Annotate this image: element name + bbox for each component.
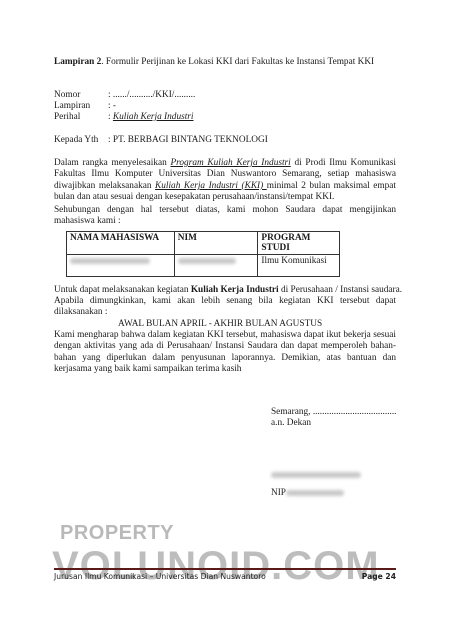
meta-label: Nomor [54,90,108,101]
text: Dalam rangka menyelesaikan [54,158,170,168]
meta-value: : - [108,101,116,111]
meta-lampiran: Lampiran: - [54,101,116,112]
blurred-nim [178,258,236,264]
bold-text: Kuliah Kerja Industri [191,285,279,295]
heading-bold: Lampiran 2 [54,57,101,67]
signature-on-behalf: a.n. Dekan [271,418,311,429]
header-nim: NIM [174,232,258,255]
meta-nomor: Nomor: ....../........../KKI/......... [54,90,195,101]
attachment-heading: Lampiran 2. Formulir Perijinan ke Lokasi… [54,57,374,68]
header-program: PROGRAM STUDI [258,232,340,255]
signature-place-date: Semarang, ..............................… [271,407,397,418]
recipient-value: : PT. BERBAGI BINTANG TEKNOLOGI [108,135,268,145]
paragraph-activity: Untuk dapat melaksanakan kegiatan Kuliah… [54,285,402,296]
document-page: Lampiran 2. Formulir Perijinan ke Lokasi… [0,0,450,636]
recipient-label: Kepada Yth [54,135,108,146]
meta-label: Lampiran [54,101,108,112]
meta-value: Kuliah Kerja Industri [113,112,194,122]
watermark-property: PROPERTY [60,522,174,545]
paragraph-schedule: Apabila dimungkinkan, kami akan lebih se… [54,296,396,319]
recipient: Kepada Yth: PT. BERBAGI BINTANG TEKNOLOG… [54,135,268,146]
meta-perihal: Perihal: Kuliah Kerja Industri [54,112,194,123]
cell-nim [174,255,258,277]
footer-left: Jurusan Ilmu Komunikasi – Universitas Di… [54,572,266,581]
nip-label: NIP [271,488,286,498]
student-table: NAMA MAHASISWA NIM PROGRAM STUDI Ilmu Ko… [66,231,340,277]
header-name: NAMA MAHASISWA [67,232,175,255]
table-row: Ilmu Komunikasi [67,255,340,277]
blurred-nip [286,490,344,496]
emphasis: Program Kuliah Kerja Industri [170,158,290,168]
table-header-row: NAMA MAHASISWA NIM PROGRAM STUDI [67,232,340,255]
cell-program: Ilmu Komunikasi [258,255,340,277]
period-text: AWAL BULAN APRIL - AKHIR BULAN AGUSTUS [118,319,322,330]
paragraph-request: Sehubungan dengan hal tersebut diatas, k… [54,205,396,228]
heading-rest: . Formulir Perijinan ke Lokasi KKI dari … [101,57,374,67]
blurred-name [70,258,150,264]
meta-label: Perihal [54,112,108,123]
text: Untuk dapat melaksanakan kegiatan [54,285,191,295]
signature-name [271,470,361,481]
meta-value: : ....../........../KKI/......... [108,90,195,100]
paragraph-intro: Dalam rangka menyelesaikan Program Kulia… [54,158,396,204]
paragraph-closing: Kami mengharap bahwa dalam kegiatan KKI … [54,330,396,376]
text: di Perusahaan / Instansi saudara. [279,285,402,295]
blurred-signatory [271,472,361,478]
footer-divider [54,568,396,570]
footer-page-number: Page 24 [362,572,396,581]
cell-name [67,255,175,277]
signature-nip: NIP [271,488,344,499]
emphasis: Kuliah Kerja Industri (KKI) [155,181,267,191]
